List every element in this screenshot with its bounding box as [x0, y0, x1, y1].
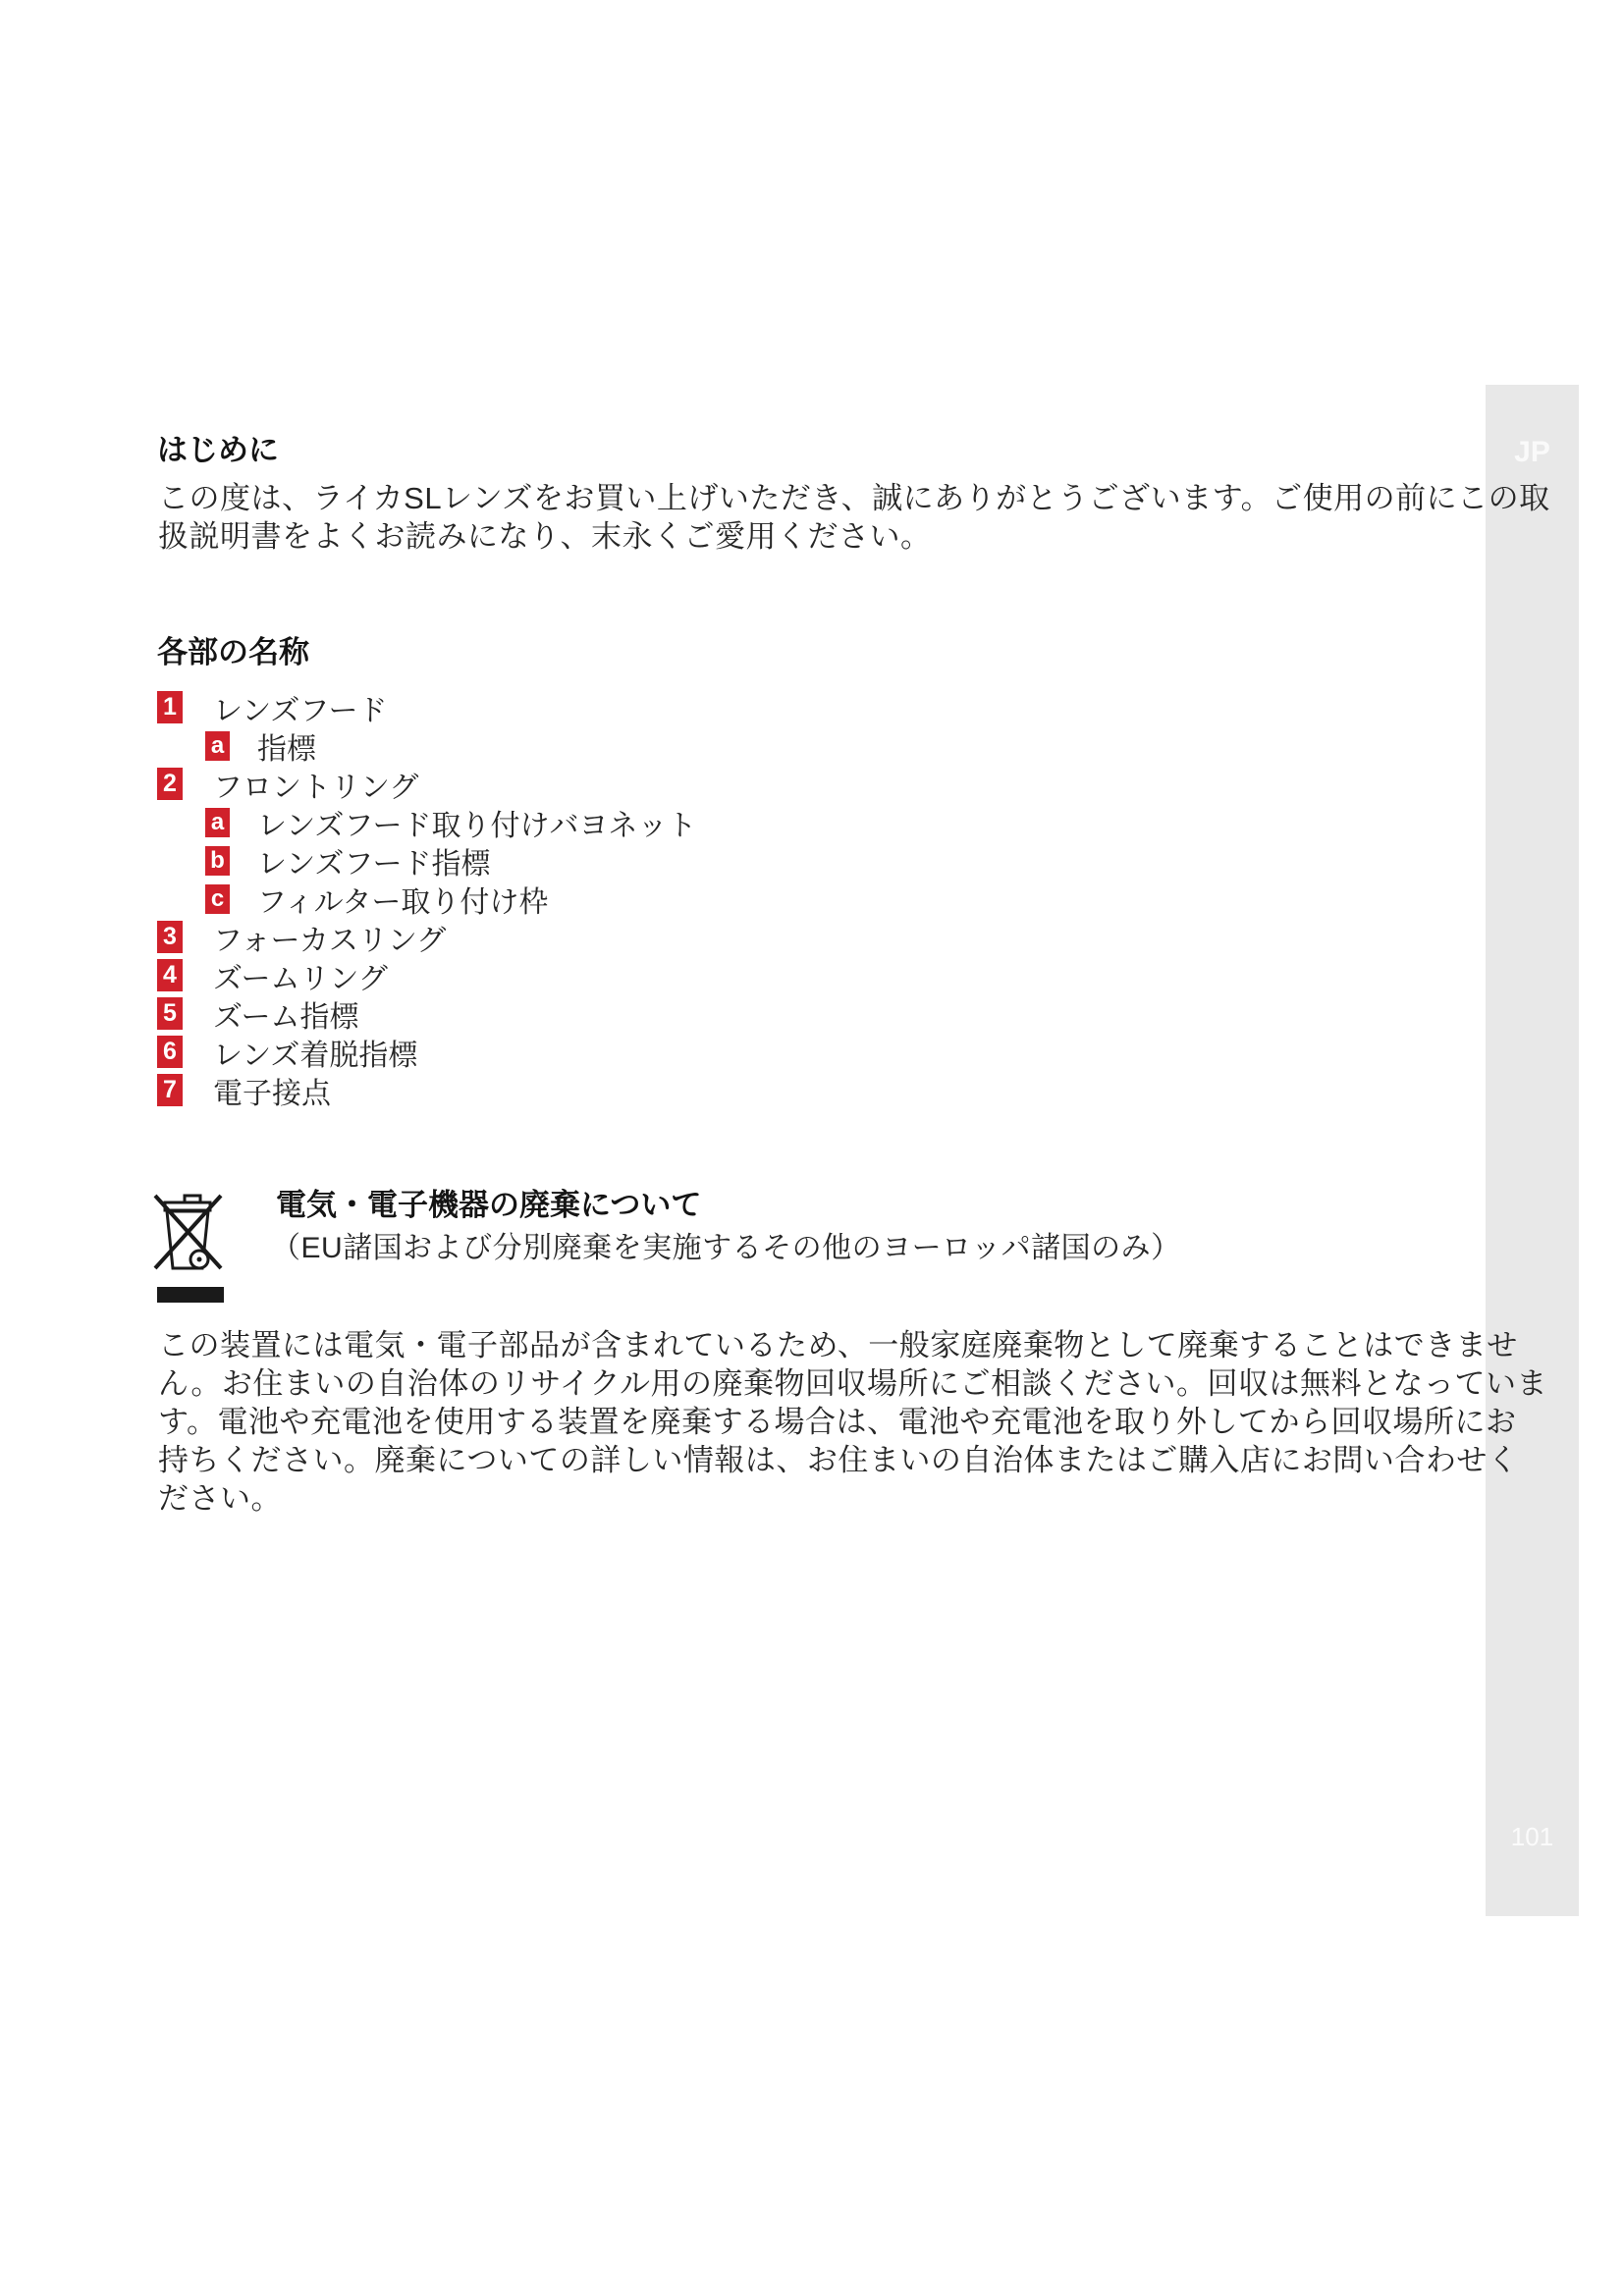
language-tag: JP [1486, 436, 1579, 469]
part-number-badge: 6 [157, 1036, 183, 1068]
parts-section-title: 各部の名称 [157, 635, 309, 670]
list-item: 3フォーカスリング [157, 918, 696, 956]
part-item-label: 電子接点 [213, 1069, 331, 1112]
list-item: 6レンズ着脱指標 [157, 1033, 696, 1071]
disposal-paragraph: この装置には電気・電子部品が含まれているため、一般家庭廃棄物として廃棄することは… [158, 1326, 1547, 1518]
disposal-section-title: 電気・電子機器の廃棄について [276, 1188, 701, 1223]
part-number-badge: 1 [157, 691, 183, 723]
list-item: 5ズーム指標 [157, 994, 696, 1033]
part-letter-badge: c [205, 884, 230, 914]
manual-page: JP 101 はじめに この度は、ライカSLレンズをお買い上げいただき、誠にあり… [0, 0, 1624, 2296]
part-number-badge: 5 [157, 997, 183, 1030]
part-letter-badge: b [205, 846, 230, 876]
part-item-label: レンズフード取り付けバヨネット [257, 801, 696, 844]
list-item: bレンズフード指標 [157, 841, 696, 880]
list-item: 1レンズフード [157, 688, 696, 726]
part-item-label: フロントリング [213, 763, 418, 806]
part-letter-badge: a [205, 731, 230, 761]
list-item: 4ズームリング [157, 956, 696, 994]
page-number: 101 [1486, 1822, 1579, 1852]
list-item: aレンズフード取り付けバヨネット [157, 803, 696, 841]
part-number-badge: 2 [157, 768, 183, 800]
part-item-label: フィルター取り付け枠 [257, 878, 548, 921]
intro-section-title: はじめに [157, 433, 279, 468]
part-number-badge: 7 [157, 1074, 183, 1106]
list-item: 7電子接点 [157, 1071, 696, 1109]
part-item-label: レンズフード [213, 686, 387, 729]
part-number-badge: 3 [157, 921, 183, 953]
intro-paragraph: この度は、ライカSLレンズをお買い上げいただき、誠にありがとうございます。ご使用… [158, 479, 1550, 556]
disposal-section-subtitle: （EU諸国および分別廃棄を実施するその他のヨーロッパ諸国のみ） [271, 1229, 1181, 1267]
part-item-label: ズームリング [213, 954, 388, 997]
list-item: cフィルター取り付け枠 [157, 880, 696, 918]
part-item-label: ズーム指標 [213, 992, 359, 1036]
part-item-label: レンズ着脱指標 [213, 1031, 417, 1074]
parts-list: 1レンズフードa指標2フロントリングaレンズフード取り付けバヨネットbレンズフー… [157, 688, 696, 1109]
list-item: a指標 [157, 726, 696, 765]
page-content: はじめに この度は、ライカSLレンズをお買い上げいただき、誠にありがとうございま… [0, 0, 1624, 2296]
part-letter-badge: a [205, 808, 230, 837]
part-item-label: フォーカスリング [213, 916, 446, 959]
part-item-label: レンズフード指標 [257, 839, 490, 882]
part-item-label: 指標 [257, 724, 316, 768]
list-item: 2フロントリング [157, 765, 696, 803]
part-number-badge: 4 [157, 959, 183, 991]
weee-crossed-out-bin-icon [149, 1190, 232, 1309]
